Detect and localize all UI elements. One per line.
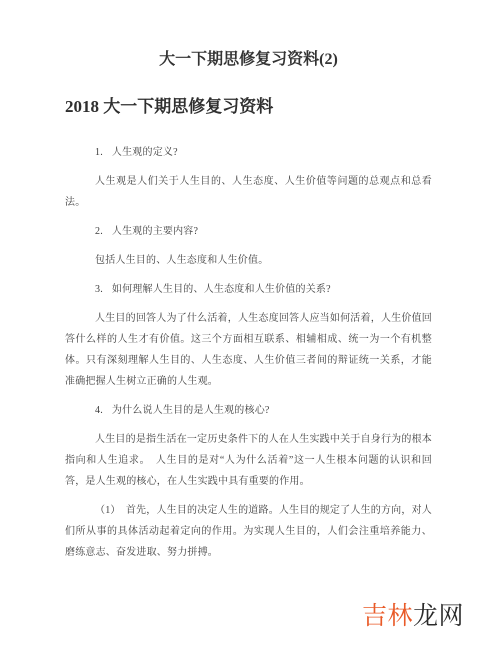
section-heading: 2018 大一下期思修复习资料 [65, 96, 432, 118]
answer-paragraph: 人生目的回答人为了什么活着，人生态度回答人应当如何活着，人生价值回答什么样的人生… [65, 308, 432, 392]
question-text: 人生观的主要内容? [112, 226, 198, 237]
question-number: 3. [95, 279, 103, 300]
question-line: 2.人生观的主要内容? [65, 221, 432, 242]
document-page: 大一下期思修复习资料(2) 2018 大一下期思修复习资料 1.人生观的定义? … [0, 0, 500, 647]
question-line: 1.人生观的定义? [65, 142, 432, 163]
answer-paragraph: 人生观是人们关于人生目的、人生态度、人生价值等问题的总观点和总看法。 [65, 171, 432, 213]
watermark-part-1: 吉林 [362, 602, 413, 630]
question-item-1: 1.人生观的定义? 人生观是人们关于人生目的、人生态度、人生价值等问题的总观点和… [65, 142, 432, 213]
watermark-part-2: 龙网 [413, 602, 464, 630]
question-item-3: 3.如何理解人生目的、人生态度和人生价值的关系? 人生目的回答人为了什么活着，人… [65, 279, 432, 392]
answer-paragraph: （1） 首先，人生目的决定人生的道路。人生目的规定了人生的方向，对人们所从事的具… [65, 500, 432, 563]
question-text: 如何理解人生目的、人生态度和人生价值的关系? [112, 284, 331, 295]
answer-paragraph: 包括人生目的、人生态度和人生价值。 [65, 250, 432, 271]
question-number: 2. [95, 221, 103, 242]
question-text: 人生观的定义? [112, 147, 178, 158]
question-line: 3.如何理解人生目的、人生态度和人生价值的关系? [65, 279, 432, 300]
question-number: 1. [95, 142, 103, 163]
document-title: 大一下期思修复习资料(2) [65, 50, 432, 70]
watermark: 吉林龙网 [362, 604, 464, 629]
question-number: 4. [95, 400, 103, 421]
question-item-4: 4.为什么说人生目的是人生观的核心? 人生目的是指生活在一定历史条件下的人在人生… [65, 400, 432, 563]
answer-paragraph: 人生目的是指生活在一定历史条件下的人在人生实践中关于自身行为的根本指向和人生追求… [65, 429, 432, 492]
question-item-2: 2.人生观的主要内容? 包括人生目的、人生态度和人生价值。 [65, 221, 432, 271]
question-text: 为什么说人生目的是人生观的核心? [112, 405, 270, 416]
question-line: 4.为什么说人生目的是人生观的核心? [65, 400, 432, 421]
